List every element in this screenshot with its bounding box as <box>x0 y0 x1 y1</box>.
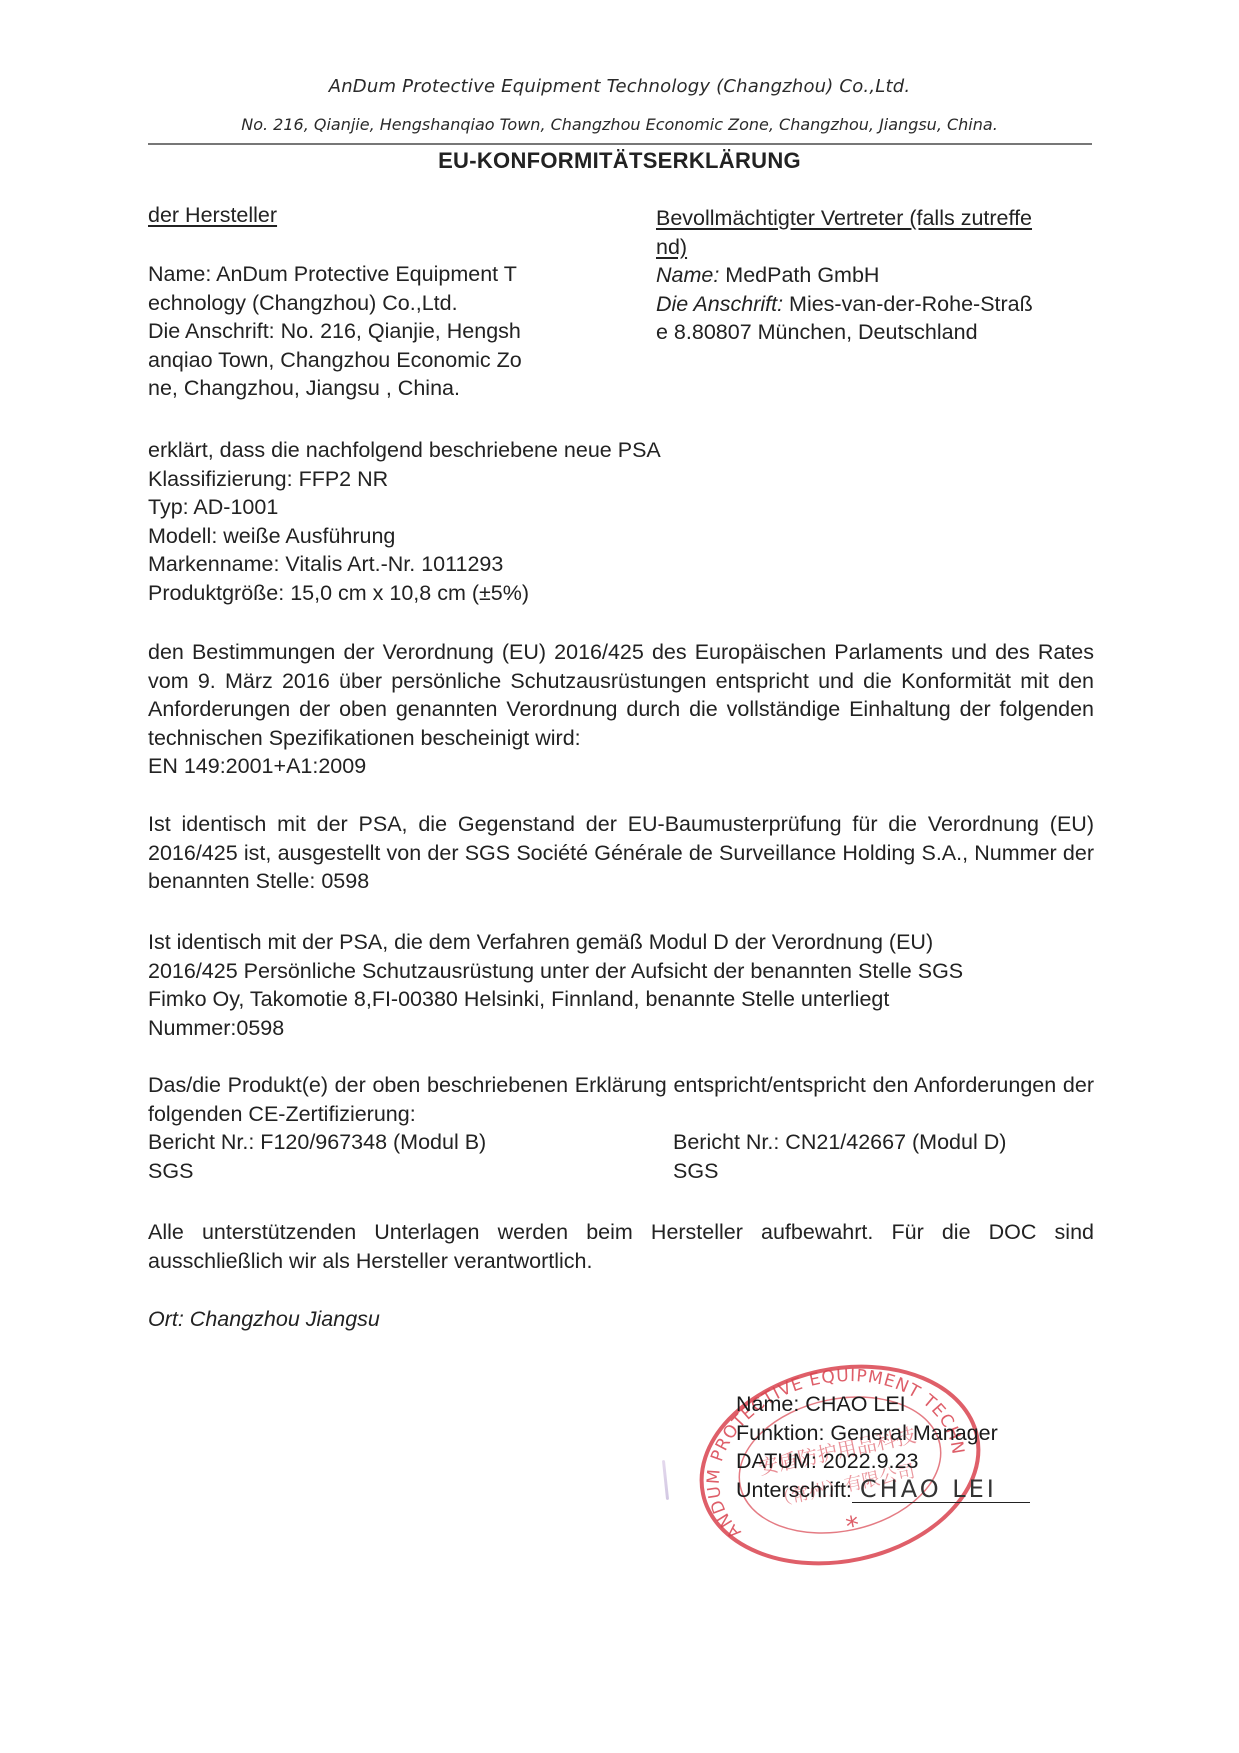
manufacturer-line: Name: AnDum Protective Equipment T <box>148 260 588 289</box>
product-type: Typ: AD-1001 <box>148 493 1094 522</box>
document-title: EU-KONFORMITÄTSERKLÄRUNG <box>0 148 1239 174</box>
representative-name-label: Name: <box>656 263 719 287</box>
letterhead-address: No. 216, Qianjie, Hengshanqiao Town, Cha… <box>0 115 1239 134</box>
type-examination-paragraph: Ist identisch mit der PSA, die Gegenstan… <box>148 810 1094 896</box>
stamp-star-icon: * <box>844 1511 863 1543</box>
regulation-paragraph: den Bestimmungen der Verordnung (EU) 201… <box>148 638 1094 752</box>
module-d-line: Nummer:0598 <box>148 1014 1094 1043</box>
product-size: Produktgröße: 15,0 cm x 10,8 cm (±5%) <box>148 579 1094 608</box>
report-module-d: Bericht Nr.: CN21/42667 (Modul D) <box>673 1128 1006 1157</box>
manufacturer-line: echnology (Changzhou) Co.,Ltd. <box>148 289 588 318</box>
product-brand: Markenname: Vitalis Art.-Nr. 1011293 <box>148 550 1094 579</box>
product-line: erklärt, dass die nachfolgend beschriebe… <box>148 436 1094 465</box>
manufacturer-line: Die Anschrift: No. 216, Qianjie, Hengsh <box>148 317 588 346</box>
product-classification: Klassifizierung: FFP2 NR <box>148 465 1094 494</box>
representative-address-label: Die Anschrift: <box>656 292 783 316</box>
representative-address-value: Mies-van-der-Rohe-Straß <box>783 292 1033 316</box>
ce-certification-intro: Das/die Produkt(e) der oben beschriebene… <box>148 1071 1094 1128</box>
report-module-b-body: SGS <box>148 1157 193 1186</box>
signature-date: DATUM: 2022.9.23 <box>736 1447 1030 1476</box>
representative-address: Die Anschrift: Mies-van-der-Rohe-Straß <box>656 290 1096 319</box>
product-model: Modell: weiße Ausführung <box>148 522 1094 551</box>
report-module-b: Bericht Nr.: F120/967348 (Modul B) <box>148 1128 486 1157</box>
signature-row: Unterschrift:CHAO LEI <box>736 1476 1030 1505</box>
representative-address-cont: e 8.80807 München, Deutschland <box>656 318 1096 347</box>
signatory-name: Name: CHAO LEI <box>736 1390 1030 1419</box>
representative-heading-cont: nd) <box>656 233 1096 262</box>
representative-name-value: MedPath GmbH <box>719 263 879 287</box>
module-d-line: Ist identisch mit der PSA, die dem Verfa… <box>148 928 1094 957</box>
pen-mark <box>662 1460 669 1500</box>
handwritten-signature: CHAO LEI <box>852 1476 1030 1503</box>
manufacturer-line: anqiao Town, Changzhou Economic Zo <box>148 346 588 375</box>
document-page: AnDum Protective Equipment Technology (C… <box>0 0 1239 1753</box>
representative-name: Name: MedPath GmbH <box>656 261 1096 290</box>
documentation-paragraph: Alle unterstützenden Unterlagen werden b… <box>148 1218 1094 1275</box>
manufacturer-line: ne, Changzhou, Jiangsu , China. <box>148 374 588 403</box>
module-d-line: 2016/425 Persönliche Schutzausrüstung un… <box>148 957 1094 986</box>
representative-heading: Bevollmächtigter Vertreter (falls zutref… <box>656 204 1096 233</box>
signatory-function: Funktion: General Manager <box>736 1419 1030 1448</box>
manufacturer-heading: der Hersteller <box>148 201 588 230</box>
letterhead-divider <box>148 143 1092 145</box>
place-of-issue: Ort: Changzhou Jiangsu <box>148 1305 1094 1334</box>
report-module-d-body: SGS <box>673 1157 718 1186</box>
signature-block: Name: CHAO LEI Funktion: General Manager… <box>736 1390 1030 1504</box>
module-d-line: Fimko Oy, Takomotie 8,FI-00380 Helsinki,… <box>148 985 1094 1014</box>
standard-reference: EN 149:2001+A1:2009 <box>148 752 1094 781</box>
letterhead-company: AnDum Protective Equipment Technology (C… <box>0 76 1239 97</box>
signature-label: Unterschrift: <box>736 1478 852 1502</box>
